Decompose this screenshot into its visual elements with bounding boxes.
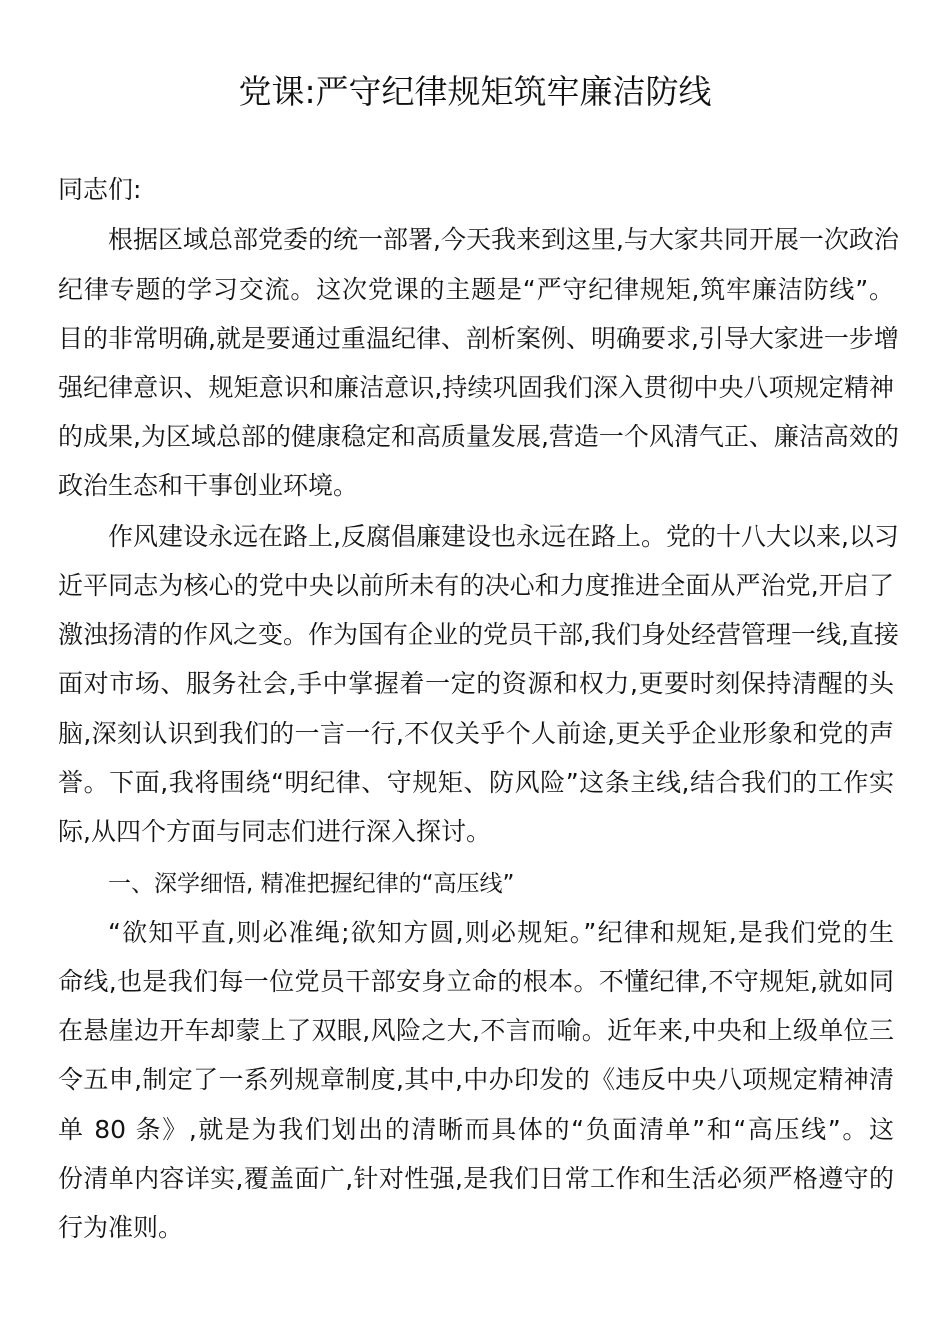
section-heading-1: 一、深学细悟, 精准把握纪律的“高压线” bbox=[108, 866, 894, 902]
section-paragraph-line-7: 行为准则。 bbox=[58, 1210, 894, 1246]
paragraph-2-line-5: 脑,深刻认识到我们的一言一行,不仅关乎个人前途,更关乎企业形象和党的声 bbox=[58, 716, 894, 752]
document-title: 党课:严守纪律规矩筑牢廉洁防线 bbox=[0, 68, 950, 116]
section-paragraph-line-3: 在悬崖边开车却蒙上了双眼,风险之大,不言而喻。近年来,中央和上级单位三 bbox=[58, 1013, 894, 1049]
section-paragraph-line-4: 令五申,制定了一系列规章制度,其中,中办印发的《违反中央八项规定精神清 bbox=[58, 1062, 894, 1098]
paragraph-2-line-7: 际,从四个方面与同志们进行深入探讨。 bbox=[58, 814, 894, 850]
paragraph-2-line-2: 近平同志为核心的党中央以前所未有的决心和力度推进全面从严治党,开启了 bbox=[58, 568, 894, 604]
paragraph-1-line-3: 目的非常明确,就是要通过重温纪律、剖析案例、明确要求,引导大家进一步增 bbox=[58, 321, 894, 357]
section-paragraph-line-1: “欲知平直,则必准绳;欲知方圆,则必规矩。”纪律和规矩,是我们党的生 bbox=[108, 915, 894, 951]
paragraph-1-line-4: 强纪律意识、规矩意识和廉洁意识,持续巩固我们深入贯彻中央八项规定精神 bbox=[58, 370, 894, 406]
paragraph-1-line-2: 纪律专题的学习交流。这次党课的主题是“严守纪律规矩,筑牢廉洁防线”。 bbox=[58, 272, 894, 308]
section-paragraph-line-2: 命线,也是我们每一位党员干部安身立命的根本。不懂纪律,不守规矩,就如同 bbox=[58, 964, 894, 1000]
paragraph-2-line-1: 作风建设永远在路上,反腐倡廉建设也永远在路上。党的十八大以来,以习 bbox=[108, 519, 894, 555]
paragraph-1-line-1: 根据区域总部党委的统一部署,今天我来到这里,与大家共同开展一次政治 bbox=[108, 222, 894, 258]
paragraph-1-line-5: 的成果,为区域总部的健康稳定和高质量发展,营造一个风清气正、廉洁高效的 bbox=[58, 419, 894, 455]
paragraph-2-line-4: 面对市场、服务社会,手中掌握着一定的资源和权力,更要时刻保持清醒的头 bbox=[58, 666, 894, 702]
paragraph-2-line-3: 激浊扬清的作风之变。作为国有企业的党员干部,我们身处经营管理一线,直接 bbox=[58, 617, 894, 653]
document-page: 党课:严守纪律规矩筑牢廉洁防线 同志们: 根据区域总部党委的统一部署,今天我来到… bbox=[0, 0, 950, 1344]
section-paragraph-line-5: 单 80 条》,就是为我们划出的清晰而具体的“负面清单”和“高压线”。这 bbox=[58, 1112, 894, 1148]
paragraph-1-line-6: 政治生态和干事创业环境。 bbox=[58, 468, 894, 504]
paragraph-2-line-6: 誉。下面,我将围绕“明纪律、守规矩、防风险”这条主线,结合我们的工作实 bbox=[58, 765, 894, 801]
salutation: 同志们: bbox=[58, 172, 894, 208]
section-paragraph-line-6: 份清单内容详实,覆盖面广,针对性强,是我们日常工作和生活必须严格遵守的 bbox=[58, 1161, 894, 1197]
